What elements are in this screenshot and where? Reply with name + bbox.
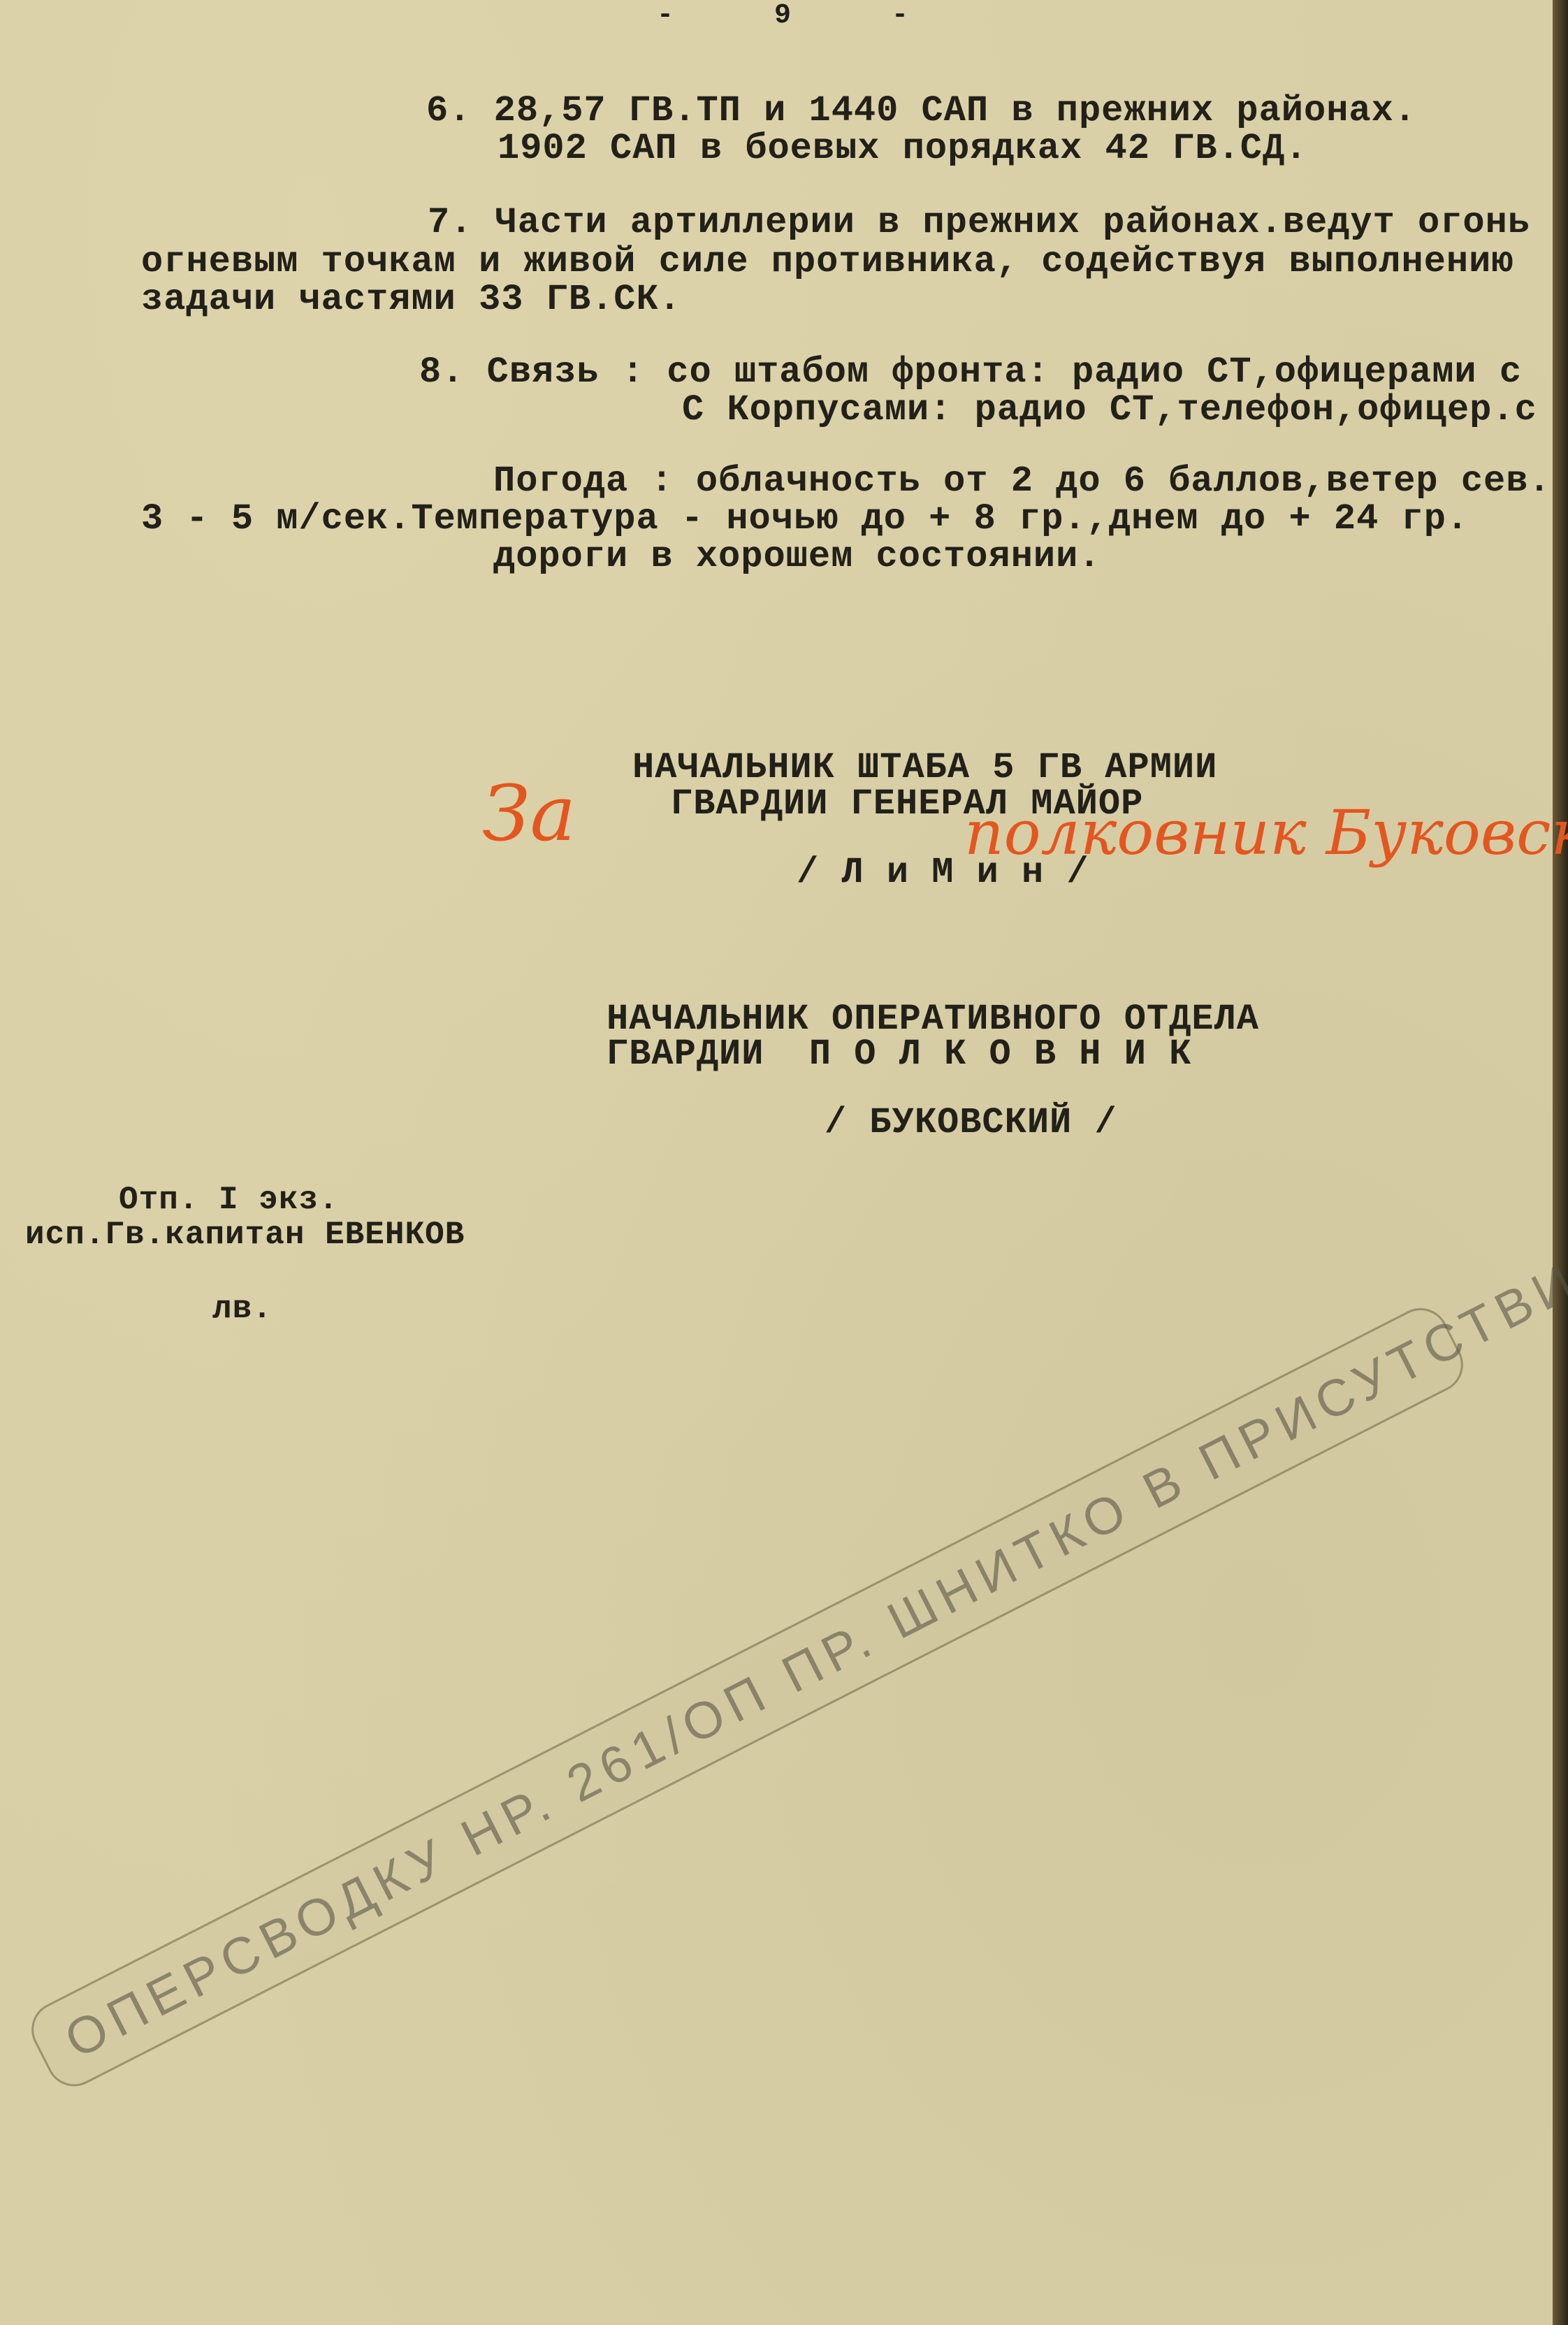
handwritten-signature-right: полковник Буковский xyxy=(964,797,1568,869)
diagonal-stamp: ОПЕРСВОДКУ НР. 261/ОП ПР. ШНИТКО В ПРИСУ… xyxy=(22,1298,1472,2096)
paragraph-8-line-2: С Корпусами: радио СТ,телефон,офицер.с xyxy=(682,391,1537,429)
weather-line-3: дороги в хорошем состоянии. xyxy=(493,538,1101,576)
copies-note: Отп. I экз. xyxy=(119,1181,339,1219)
page-number-marks: - 9 - xyxy=(657,0,950,31)
handwritten-signature-left: За xyxy=(482,769,576,858)
ops-chief-name: / БУКОВСКИЙ / xyxy=(825,1104,1117,1142)
paragraph-6-line-1: 6. 28,57 ГВ.ТП и 1440 САП в прежних райо… xyxy=(426,92,1416,130)
chief-of-staff-title: НАЧАЛЬНИК ШТАБА 5 ГВ АРМИИ xyxy=(632,749,1217,787)
page-edge xyxy=(1553,0,1568,2325)
executor-note: исп.Гв.капитан ЕВЕНКОВ xyxy=(25,1216,465,1254)
ops-chief-title: НАЧАЛЬНИК ОПЕРАТИВНОГО ОТДЕЛА xyxy=(607,1001,1259,1038)
paragraph-7-line-3: задачи частями 33 ГВ.СК. xyxy=(141,281,681,319)
typist-initials: лв. xyxy=(212,1290,273,1328)
stamp-text: ОПЕРСВОДКУ НР. 261/ОП ПР. ШНИТКО В ПРИСУ… xyxy=(55,904,1568,2070)
paragraph-6-line-2: 1902 САП в боевых порядках 42 ГВ.СД. xyxy=(498,130,1307,168)
paragraph-8-line-1: 8. Связь : со штабом фронта: радио СТ,оф… xyxy=(419,354,1522,391)
ops-chief-rank: ГВАРДИИ П О Л К О В Н И К xyxy=(607,1036,1191,1073)
weather-line-1: Погода : облачность от 2 до 6 баллов,вет… xyxy=(493,463,1551,500)
paragraph-7-line-2: огневым точкам и живой силе противника, … xyxy=(141,243,1514,281)
weather-line-2: 3 - 5 м/сек.Температура - ночью до + 8 г… xyxy=(141,500,1469,538)
paragraph-7-line-1: 7. Части артиллерии в прежних районах.ве… xyxy=(428,204,1530,242)
